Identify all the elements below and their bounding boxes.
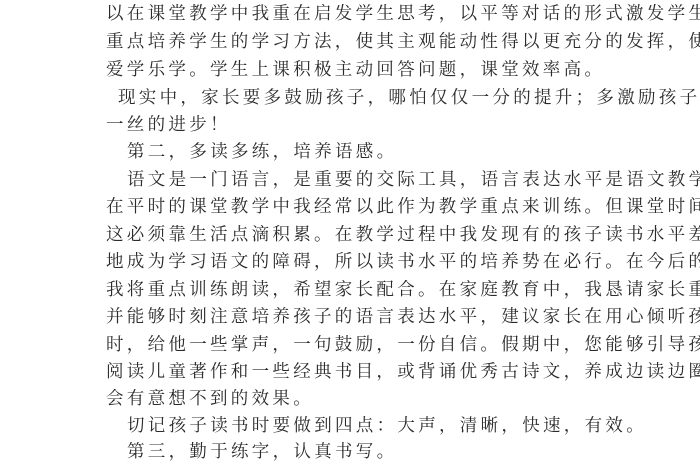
paragraph-line: 现实中，家长要多鼓励孩子，哪怕仅仅一分的提升；多激励孩子，哪怕仅仅: [118, 87, 608, 109]
section-heading-3: 第三，勤于练字，认真书写。: [127, 441, 617, 463]
paragraph-line: 在平时的课堂教学中我经常以此作为教学重点来训练。但课堂时间毕竟有限，: [106, 196, 596, 218]
paragraph-line: 地成为学习语文的障碍，所以读书水平的培养势在必行。在今后的语文教学中，: [106, 251, 596, 273]
section-heading-2: 第二，多读多练，培养语感。: [127, 141, 617, 163]
paragraph-line: 时，给他一些掌声，一句鼓励，一份自信。假期中，您能够引导孩子预习新课，: [106, 334, 596, 356]
paragraph-line: 重点培养学生的学习方法，使其主观能动性得以更充分的发挥，使其学习变为: [106, 31, 596, 53]
paragraph-line: 爱学乐学。学生上课积极主动回答问题，课堂效率高。: [106, 59, 596, 81]
document-page: 以在课堂教学中我重在启发学生思考，以平等对话的形式激发学生的学习兴趣， 重点培养…: [0, 0, 700, 470]
paragraph-line: 我将重点训练朗读，希望家长配合。在家庭教育中，我恳请家长重视读说训练，: [106, 279, 596, 301]
paragraph-line: 这必须靠生活点滴积累。在教学过程中我发现有的孩子读书水平差，这就无形: [106, 224, 596, 246]
paragraph-line: 切记孩子读书时要做到四点：大声，清晰，快速，有效。: [127, 415, 617, 437]
paragraph-line: 语文是一门语言，是重要的交际工具，语言表达水平是语文教学的重点。: [127, 169, 617, 191]
paragraph-line: 以在课堂教学中我重在启发学生思考，以平等对话的形式激发学生的学习兴趣，: [106, 3, 596, 25]
paragraph-line: 一丝的进步！: [106, 114, 596, 136]
paragraph-line: 并能够时刻注意培养孩子的语言表达水平，建议家长在用心倾听孩子读书的同: [106, 306, 596, 328]
paragraph-line: 会有意想不到的效果。: [106, 388, 596, 410]
paragraph-line: 阅读儿童著作和一些经典书目，或背诵优秀古诗文，养成边读边圈画做批注，: [106, 361, 596, 383]
